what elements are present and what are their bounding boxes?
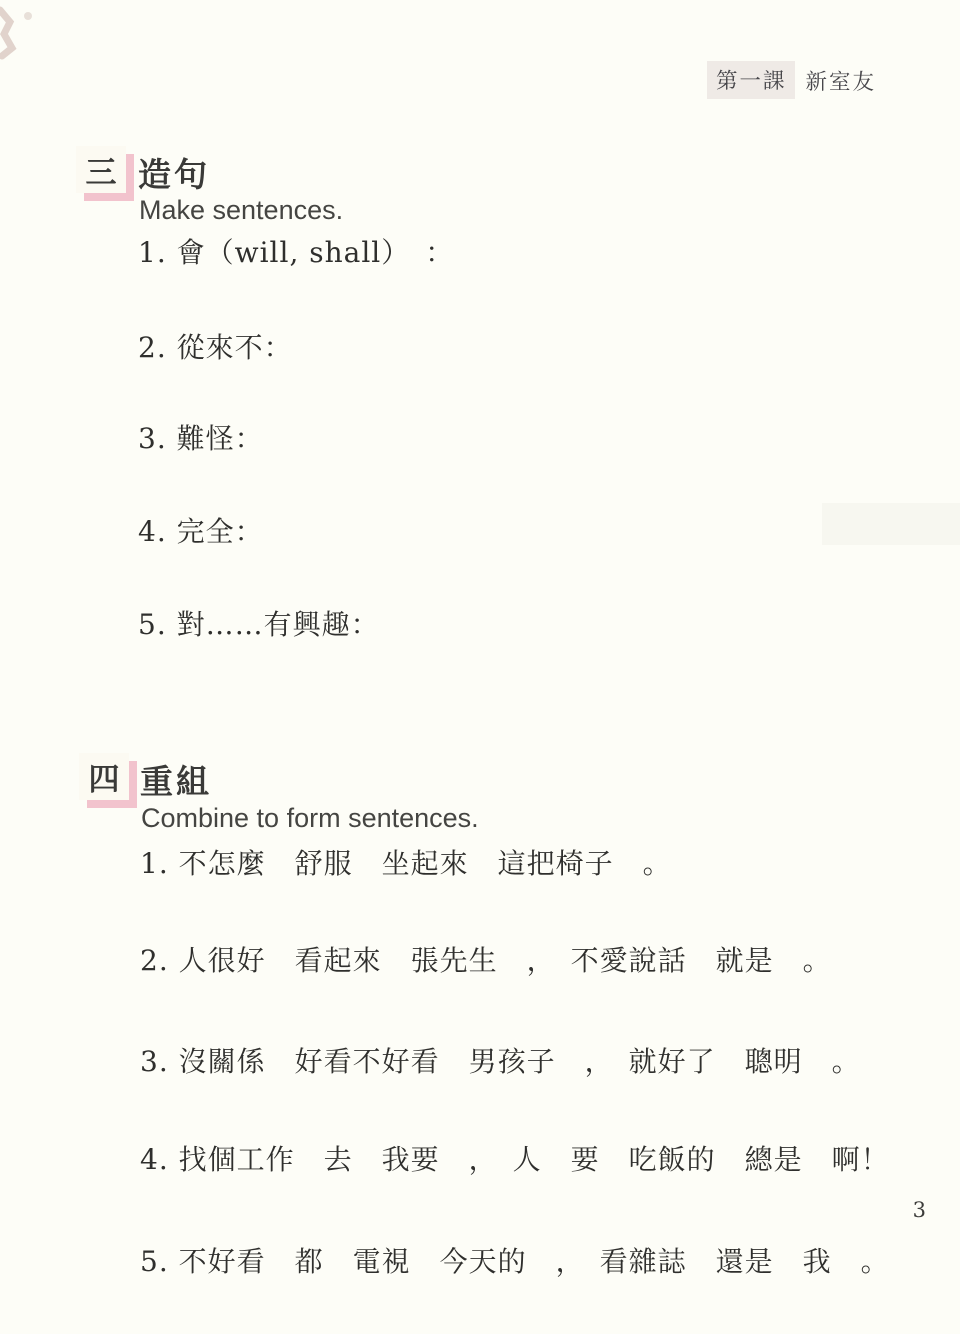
exercise-item: 1. 不怎麼 舒服 坐起來 這把椅子 。	[140, 842, 672, 882]
section-four-subtitle: Combine to form sentences.	[141, 803, 479, 834]
lesson-title: 新室友	[805, 65, 876, 96]
exercise-item: 5. 對……有興趣：	[138, 603, 380, 643]
scan-smudge	[822, 503, 960, 545]
scan-artifact-corner-mark	[0, 4, 50, 64]
workbook-page: 第一課 新室友 三 造句 Make sentences. 1. 會（will, …	[0, 0, 960, 1334]
exercise-item: 1. 會（will, shall） ：	[138, 231, 454, 271]
section-four-title: 重組	[140, 756, 212, 803]
exercise-item: 2. 從來不：	[138, 326, 293, 366]
section-four-marker-label: 四	[89, 754, 120, 799]
lesson-number-badge: 第一課	[707, 61, 796, 99]
section-four-marker: 四	[79, 753, 129, 800]
exercise-item: 3. 沒關係 好看不好看 男孩子 ， 就好了 聰明 。	[140, 1040, 861, 1080]
section-three-marker-label: 三	[86, 147, 117, 192]
section-three-title: 造句	[138, 149, 210, 196]
page-header: 第一課 新室友	[707, 61, 876, 99]
section-three-marker: 三	[76, 146, 126, 193]
exercise-item: 4. 找個工作 去 我要 ， 人 要 吃飯的 總是 啊！	[140, 1138, 890, 1178]
exercise-item: 2. 人很好 看起來 張先生 ， 不愛說話 就是 。	[140, 939, 832, 979]
exercise-item: 4. 完全：	[138, 510, 264, 550]
section-three-subtitle: Make sentences.	[139, 195, 343, 226]
exercise-item: 5. 不好看 都 電視 今天的 ， 看雜誌 還是 我 。	[140, 1240, 890, 1280]
page-number: 3	[913, 1198, 926, 1222]
exercise-item: 3. 難怪：	[138, 417, 264, 457]
